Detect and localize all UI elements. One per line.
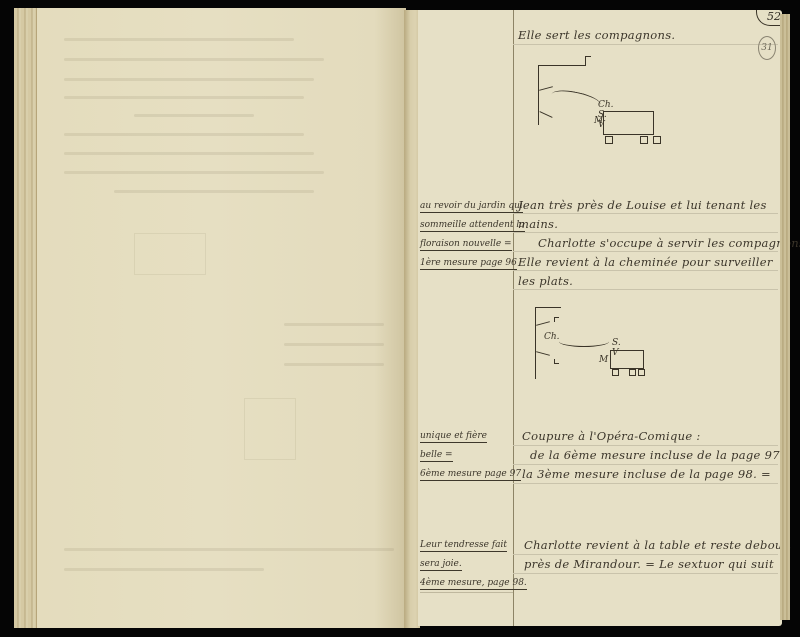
bleed-through-line [134,114,254,117]
body-line: Elle revient à la cheminée pour surveill… [518,255,773,269]
bleed-through-line [64,38,294,41]
bleed-through-sketch [134,233,206,275]
bleed-through-line [284,363,384,366]
diagram-1-seat [605,136,613,144]
margin-note: sera joie. [420,559,462,571]
ruled-line [513,483,778,484]
body-line: Coupure à l'Opéra-Comique : [522,429,701,443]
bleed-through-line [114,190,314,193]
body-line: près de Mirandour. = Le sextuor qui suit [524,557,774,571]
diagram-2-seat [638,369,645,376]
diagram-2-seat [629,369,636,376]
margin-note: sommeille attendent la [420,220,525,232]
ruled-line [513,554,778,555]
ruled-line [513,213,778,214]
right-page: 52 31 Elle sert les compagnons. Ch. S. V… [418,10,782,626]
ruled-line [513,573,778,574]
diagram-2-seat [612,369,619,376]
heading-line: Elle sert les compagnons. [518,28,675,42]
body-line: mains. [518,217,558,231]
diagram-2-label-left: M [599,355,608,365]
ruled-line [513,445,778,446]
ruled-line [513,251,778,252]
margin-rule [513,10,514,626]
margin-note: floraison nouvelle = [420,239,512,251]
bleed-through-line [64,568,264,571]
diagram-1-seat [653,136,661,144]
body-line: Charlotte revient à la table et reste de… [524,538,792,552]
margin-note: au revoir du jardin qui [420,201,523,213]
ruled-line [513,270,778,271]
body-line: de la 6ème mesure incluse de la page 97 … [530,448,791,462]
ruled-line [420,592,513,593]
bleed-through-line [64,78,314,81]
bleed-through-line [64,548,394,551]
bleed-through-line [64,96,304,99]
body-line: Charlotte s'occupe à servir les compagno… [538,236,800,250]
ruled-line [513,44,778,45]
bleed-through-line [64,58,324,61]
diagram-1-seat [640,136,648,144]
bleed-through-line [64,152,314,155]
ruled-line [513,232,778,233]
left-page [14,8,406,628]
margin-note: belle = [420,450,453,462]
bleed-through-line [284,323,384,326]
diagram-2-label-mark: Ch. [544,332,560,342]
diagram-1-table [603,111,654,135]
margin-note: 1ère mesure page 96 [420,258,517,270]
body-line: Jean très près de Louise et lui tenant l… [518,198,767,212]
left-page-edges [14,8,37,628]
body-line: les plats. [518,274,573,288]
bleed-through-line [64,171,324,174]
page-number-pencil: 31 [758,36,776,60]
diagram-1-label-left: M [594,116,603,126]
right-page-edges [780,14,790,620]
bleed-through-sketch [244,398,296,460]
margin-note: Leur tendresse fait [420,540,507,552]
ruled-line [513,464,778,465]
margin-note: 6ème mesure page 97 [420,469,521,481]
margin-note: unique et fière [420,431,487,443]
bleed-through-line [64,133,304,136]
ruled-line [513,289,778,290]
margin-note: 4ème mesure, page 98. [420,578,527,590]
book-spread: 52 31 Elle sert les compagnons. Ch. S. V… [0,0,800,637]
bleed-through-line [284,343,384,346]
body-line: la 3ème mesure incluse de la page 98. = [522,467,771,481]
diagram-2-table [610,350,644,369]
